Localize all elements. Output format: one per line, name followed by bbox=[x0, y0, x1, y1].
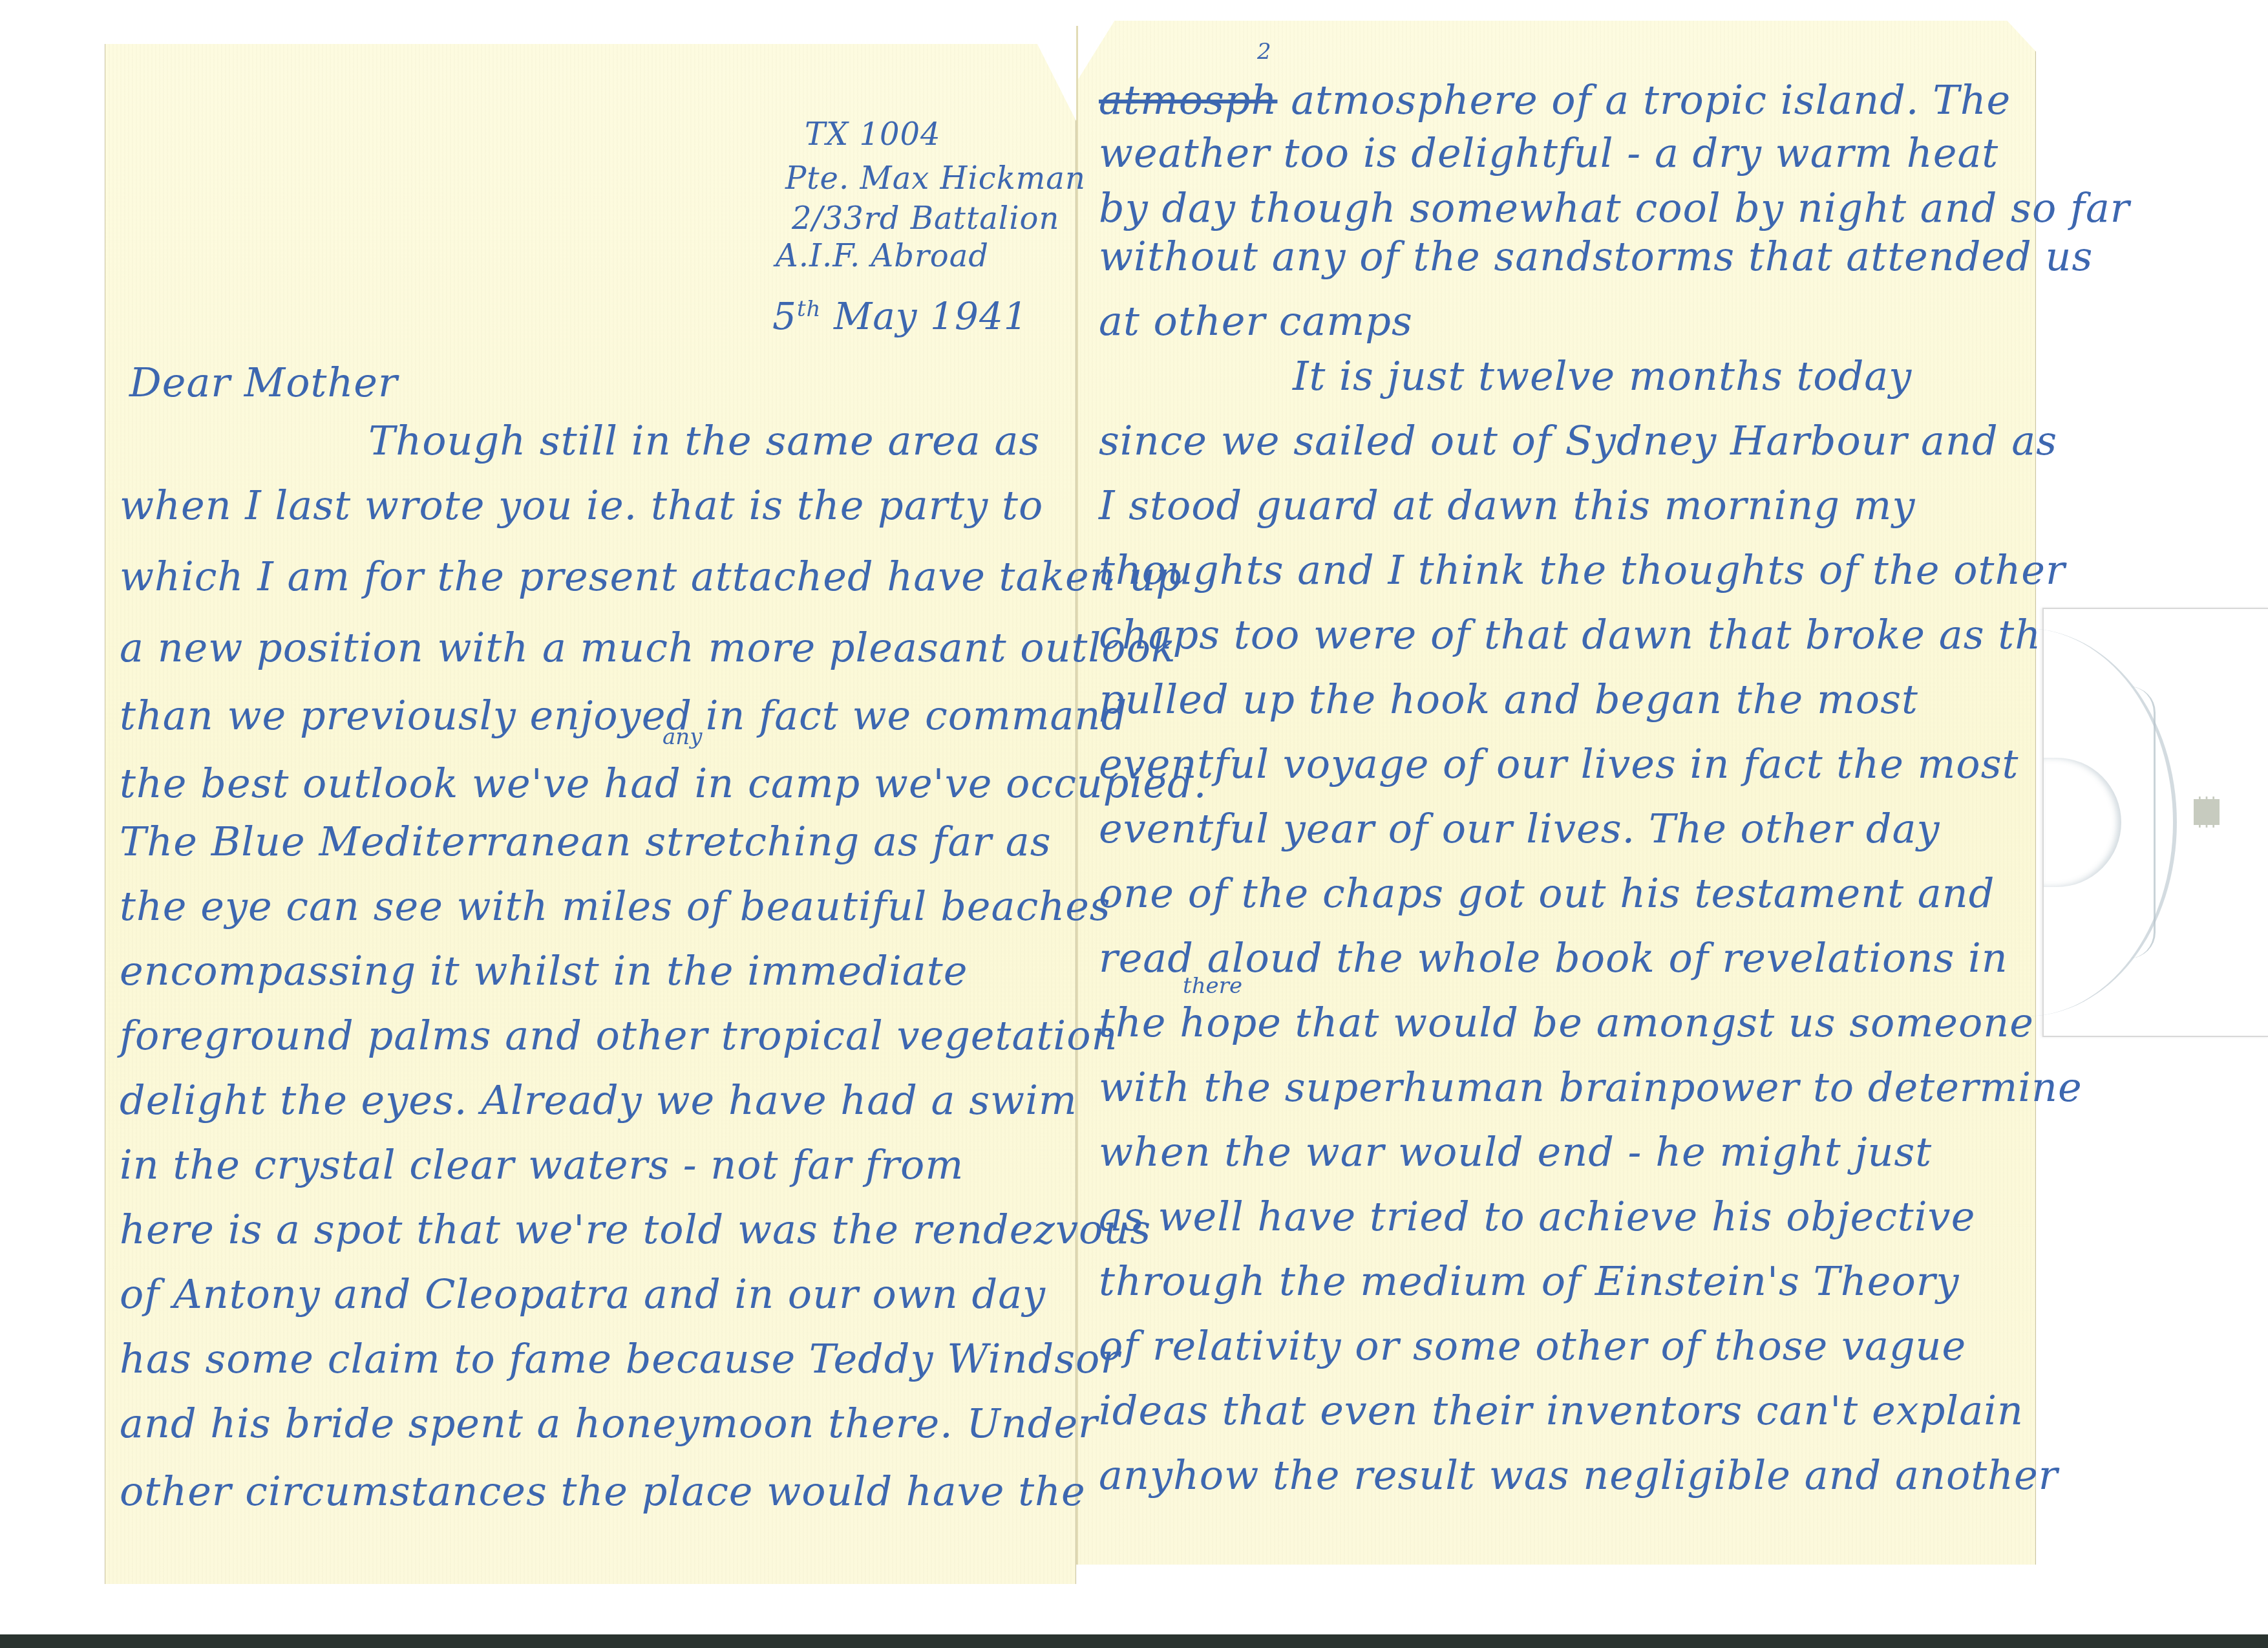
body-line: weather too is delightful - a dry warm h… bbox=[1099, 129, 1998, 177]
service-number: TX 1004 bbox=[805, 116, 941, 153]
struck-word: atmosph bbox=[1099, 76, 1277, 123]
disc-case-arc bbox=[1876, 628, 2177, 1016]
body-line: The Blue Mediterranean stretching as far… bbox=[120, 818, 1051, 865]
inserted-word: there bbox=[1183, 973, 1242, 999]
body-line: other circumstances the place would have… bbox=[120, 1468, 1086, 1515]
body-line: with the superhuman brainpower to determ… bbox=[1099, 1064, 2083, 1111]
body-line: delight the eyes. Already we have had a … bbox=[120, 1076, 1077, 1124]
body-line: the best outlook we've had in camp we've… bbox=[120, 760, 1207, 807]
body-line: when I last wrote you ie. that is the pa… bbox=[120, 482, 1043, 529]
body-line: when the war would end - he might just bbox=[1099, 1128, 1932, 1175]
body-line: the eye can see with miles of beautiful … bbox=[120, 883, 1111, 930]
body-line: has some claim to fame because Teddy Win… bbox=[120, 1335, 1120, 1382]
body-line: one of the chaps got out his testament a… bbox=[1099, 870, 1995, 917]
body-line: which I am for the present attached have… bbox=[120, 553, 1182, 600]
date-suffix: th bbox=[797, 296, 821, 322]
body-line: since we sailed out of Sydney Harbour an… bbox=[1099, 417, 2057, 464]
body-line: than we previously enjoyed in fact we co… bbox=[120, 692, 1127, 739]
body-line: anyhow the result was negligible and ano… bbox=[1099, 1451, 2058, 1499]
body-line: thoughts and I think the thoughts of the… bbox=[1099, 546, 2066, 594]
body-line: of relativity or some other of those vag… bbox=[1099, 1322, 1966, 1369]
body-line: foreground palms and other tropical vege… bbox=[120, 1012, 1118, 1059]
body-line: Though still in the same area as bbox=[368, 417, 1040, 464]
body-line: the hope that would be amongst us someon… bbox=[1099, 999, 2034, 1046]
body-line: It is just twelve months today bbox=[1293, 352, 1912, 400]
disc-case-artifact bbox=[2042, 608, 2268, 1037]
body-line: atmosph atmosphere of a tropic island. T… bbox=[1099, 76, 2011, 123]
body-line: eventful year of our lives. The other da… bbox=[1099, 805, 1940, 852]
scanner-bottom-edge bbox=[0, 1634, 2268, 1648]
body-line: by day though somewhat cool by night and… bbox=[1099, 184, 2130, 231]
body-line: chaps too were of that dawn that broke a… bbox=[1099, 611, 2089, 658]
body-line: as well have tried to achieve his object… bbox=[1099, 1193, 1975, 1240]
body-line: encompassing it whilst in the immediate bbox=[120, 947, 968, 994]
sender-force: A.I.F. Abroad bbox=[776, 238, 989, 274]
body-line: pulled up the hook and began the most bbox=[1099, 676, 1918, 723]
date-month-year: May 1941 bbox=[834, 294, 1028, 338]
film-strip-icon bbox=[2194, 797, 2220, 828]
date-day: 5 bbox=[772, 294, 797, 338]
sender-name: Pte. Max Hickman bbox=[785, 160, 1086, 197]
letter-date: 5th May 1941 bbox=[772, 294, 1028, 338]
body-line: without any of the sandstorms that atten… bbox=[1099, 233, 2093, 280]
body-line-text: atmosphere of a tropic island. The bbox=[1291, 76, 2011, 123]
inserted-word: any bbox=[662, 724, 702, 750]
body-line: of Antony and Cleopatra and in our own d… bbox=[120, 1270, 1046, 1318]
sender-unit: 2/33rd Battalion bbox=[792, 200, 1059, 237]
body-line: here is a spot that we're told was the r… bbox=[120, 1206, 1151, 1253]
body-line: ideas that even their inventors can't ex… bbox=[1099, 1387, 2024, 1434]
salutation: Dear Mother bbox=[129, 359, 398, 406]
body-line: through the medium of Einstein's Theory bbox=[1099, 1257, 1959, 1305]
body-line: I stood guard at dawn this morning my bbox=[1099, 482, 1915, 529]
body-line: at other camps bbox=[1099, 297, 1413, 345]
body-line: and his bride spent a honeymoon there. U… bbox=[120, 1400, 1098, 1447]
body-line: in the crystal clear waters - not far fr… bbox=[120, 1141, 964, 1188]
body-line: a new position with a much more pleasant… bbox=[120, 624, 1176, 671]
inserted-mark: 2 bbox=[1257, 39, 1271, 65]
